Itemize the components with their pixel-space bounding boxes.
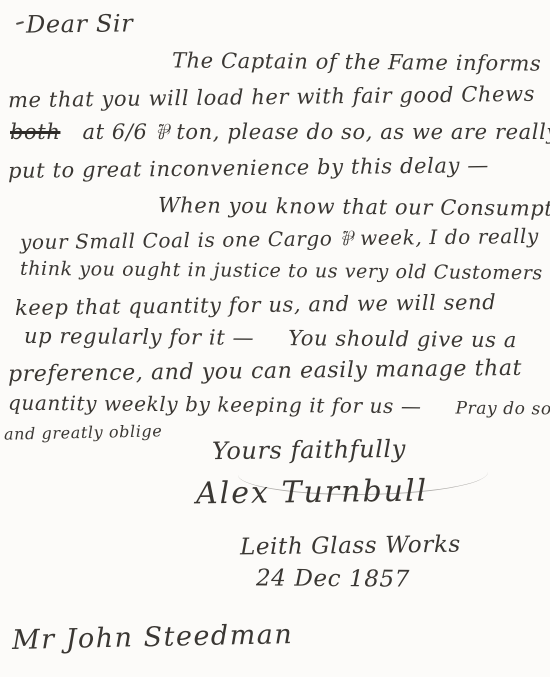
place-line: Leith Glass Works: [240, 534, 461, 560]
para2-line7b: Pray do so: [455, 399, 550, 420]
letter-page: Dear Sir The Captain of the Fame informs…: [0, 0, 550, 677]
para1-line4: put to great inconvenience by this delay…: [8, 155, 489, 182]
para1-line2: me that you will load her with fair good…: [8, 84, 535, 111]
para2-line7: quantity weekly by keeping it for us —Pr…: [8, 393, 550, 419]
para1-line3: bothat 6/6 ⅌ ton, please do so, as we ar…: [10, 122, 550, 143]
date-line: 24 Dec 1857: [256, 567, 410, 591]
para2-line5b: You should give us a: [288, 326, 517, 352]
para2-line6: preference, and you can easily manage th…: [8, 358, 522, 386]
para2-line7a: quantity weekly by keeping it for us —: [8, 391, 422, 419]
para2-line5: up regularly for it —You should give us …: [24, 326, 517, 351]
salutation: Dear Sir: [26, 11, 134, 36]
para2-line5a: up regularly for it —: [24, 324, 254, 350]
para1-line3-rest: at 6/6 ⅌ ton, please do so, as we are re…: [82, 120, 550, 144]
para2-line1: When you know that our Consumpt of: [158, 195, 550, 220]
deleted-word: both: [10, 120, 60, 144]
para2-line2: your Small Coal is one Cargo ⅌ week, I d…: [20, 226, 539, 252]
addressee: Mr John Steedman: [12, 621, 294, 654]
signature: Alex Turnbull: [196, 477, 429, 510]
para2-line4: keep that quantity for us, and we will s…: [15, 292, 496, 319]
stray-pen-mark: [16, 21, 24, 25]
para2-line8: and greatly oblige: [4, 423, 163, 442]
para2-line3: think you ought in justice to us very ol…: [20, 260, 543, 284]
para1-line1: The Captain of the Fame informs: [172, 50, 542, 74]
